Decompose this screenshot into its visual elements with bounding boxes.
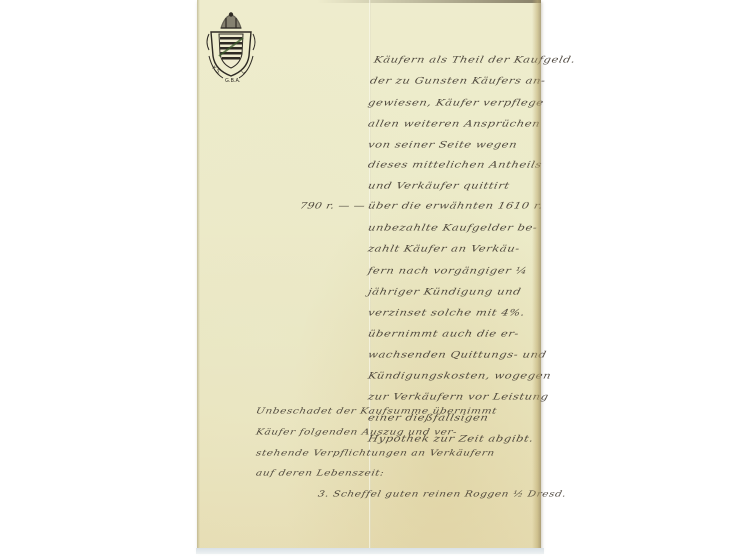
- text-line: zahlt Käufer an Verkäu-: [367, 243, 521, 254]
- margin-amount-note: 790 r. — —: [299, 201, 366, 211]
- text-line: Kündigungskosten, wogegen: [367, 370, 552, 381]
- document-page: K.S. G.B.A. L. 790 r. — — Käufern als Th…: [197, 0, 541, 550]
- text-line: unbezahlte Kaufgelder be-: [367, 222, 539, 233]
- text-line: 3. Scheffel guten reinen Roggen ½ Dresd.: [317, 490, 567, 499]
- text-line: dieses mittelichen Antheils: [367, 159, 543, 170]
- text-line: fern nach vorgängiger ¼: [367, 265, 529, 276]
- text-line: jähriger Kündigung und: [367, 286, 522, 297]
- text-line: stehende Verpflichtungen an Verkäufern: [255, 449, 496, 458]
- text-line: der zu Gunsten Käufers an-: [369, 75, 547, 86]
- text-line: Unbeschadet der Kaufsumme übernimmt: [255, 407, 498, 416]
- text-line: übernimmt auch die er-: [367, 328, 520, 339]
- text-line: Käufer folgenden Auszug und ver-: [255, 428, 458, 437]
- text-line: zur Verkäufern vor Leistung: [367, 391, 550, 402]
- text-line: verzinset solche mit 4%.: [367, 307, 526, 318]
- handwritten-text-body: 790 r. — — Käufern als Theil der Kaufgel…: [197, 0, 541, 550]
- text-line: wachsenden Quittungs- und: [367, 349, 548, 360]
- text-line: von seiner Seite wegen: [367, 139, 518, 150]
- page-bottom-shadow: [196, 548, 544, 554]
- text-line: auf deren Lebenszeit:: [255, 469, 385, 478]
- text-line: gewiesen, Käufer verpflege: [367, 97, 545, 108]
- text-line: Käufern als Theil der Kaufgeld.: [373, 54, 577, 65]
- text-line: und Verkäufer quittirt: [367, 180, 511, 191]
- text-line: allen weiteren Ansprüchen: [367, 118, 541, 129]
- text-line: über die erwähnten 1610 r.: [367, 200, 544, 211]
